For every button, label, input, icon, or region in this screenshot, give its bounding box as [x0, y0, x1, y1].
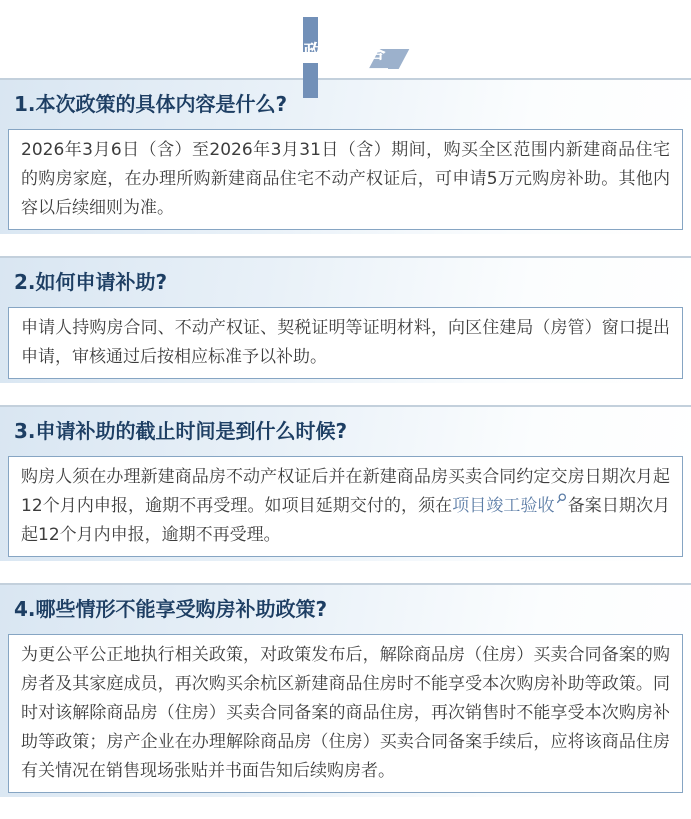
- question-heading-1: 1.本次政策的具体内容是什么?: [0, 80, 691, 129]
- badge-underline: [303, 68, 387, 70]
- section-3: 3.申请补助的截止时间是到什么时候? 购房人须在办理新建商品房不动产权证后并在新…: [0, 405, 691, 561]
- answer-text-2: 申请人持购房合同、不动产权证、契税证明等证明材料，向区住建局（房管）窗口提出申请…: [21, 318, 670, 367]
- section-2: 2.如何申请补助? 申请人持购房合同、不动产权证、契税证明等证明材料，向区住建局…: [0, 256, 691, 383]
- question-heading-4: 4.哪些情形不能享受购房补助政策?: [0, 585, 691, 634]
- question-heading-3: 3.申请补助的截止时间是到什么时候?: [0, 407, 691, 456]
- answer-box-3: 购房人须在办理新建商品房不动产权证后并在新建商品房买卖合同约定交房日期次月起12…: [8, 456, 683, 557]
- policy-qa-badge: 政策问答: [303, 24, 387, 64]
- search-icon[interactable]: [556, 493, 567, 504]
- term-link-project-completion[interactable]: 项目竣工验收: [452, 496, 554, 516]
- question-heading-2: 2.如何申请补助?: [0, 258, 691, 307]
- section-4: 4.哪些情形不能享受购房补助政策? 为更公平公正地执行相关政策，对政策发布后，解…: [0, 583, 691, 797]
- answer-box-4: 为更公平公正地执行相关政策，对政策发布后，解除商品房（住房）买卖合同备案的购房者…: [8, 634, 683, 793]
- section-1: 1.本次政策的具体内容是什么? 2026年3月6日（含）至2026年3月31日（…: [0, 78, 691, 234]
- answer-box-2: 申请人持购房合同、不动产权证、契税证明等证明材料，向区住建局（房管）窗口提出申请…: [8, 307, 683, 379]
- header: 政策问答: [0, 24, 691, 64]
- answer-text-4: 为更公平公正地执行相关政策，对政策发布后，解除商品房（住房）买卖合同备案的购房者…: [21, 645, 670, 781]
- answer-text-1: 2026年3月6日（含）至2026年3月31日（含）期间，购买全区范围内新建商品…: [21, 140, 670, 218]
- badge-label: 政策问答: [303, 43, 387, 62]
- answer-box-1: 2026年3月6日（含）至2026年3月31日（含）期间，购买全区范围内新建商品…: [8, 129, 683, 230]
